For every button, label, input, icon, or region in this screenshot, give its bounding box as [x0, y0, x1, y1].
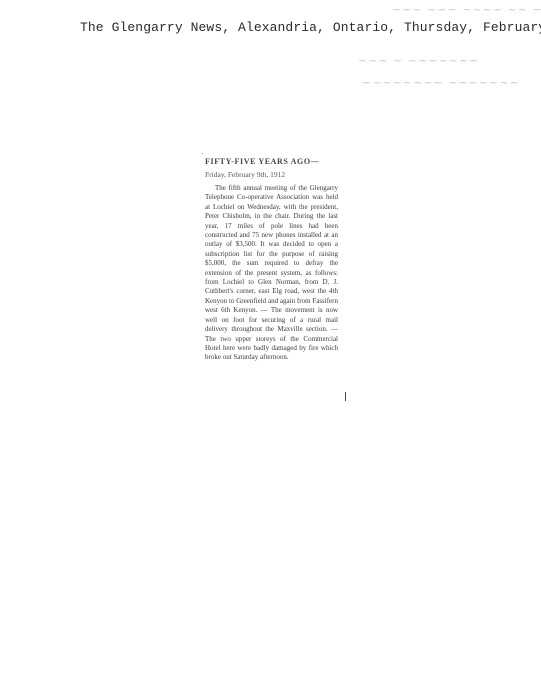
clipping-date: Friday, February 9th, 1912 [205, 170, 338, 179]
speck-mark [202, 153, 203, 154]
edge-mark [345, 392, 346, 401]
clipping-body: The fifth annual meeting of the Glengarr… [205, 184, 338, 363]
handwritten-note-middle: ~~~ ~ ~~~~~~~ [358, 54, 479, 67]
clipping-heading: FIFTY-FIVE YEARS AGO— [205, 157, 338, 166]
news-clipping: FIFTY-FIVE YEARS AGO— Friday, February 9… [205, 157, 338, 363]
handwritten-note-top: ~~~ ~~~ ~~~~ ~~ ~~~ [392, 3, 541, 16]
handwritten-note-bottom: ~~~~~~~~ ~~~~~~~ [362, 76, 520, 89]
newspaper-header: The Glengarry News, Alexandria, Ontario,… [80, 20, 541, 35]
